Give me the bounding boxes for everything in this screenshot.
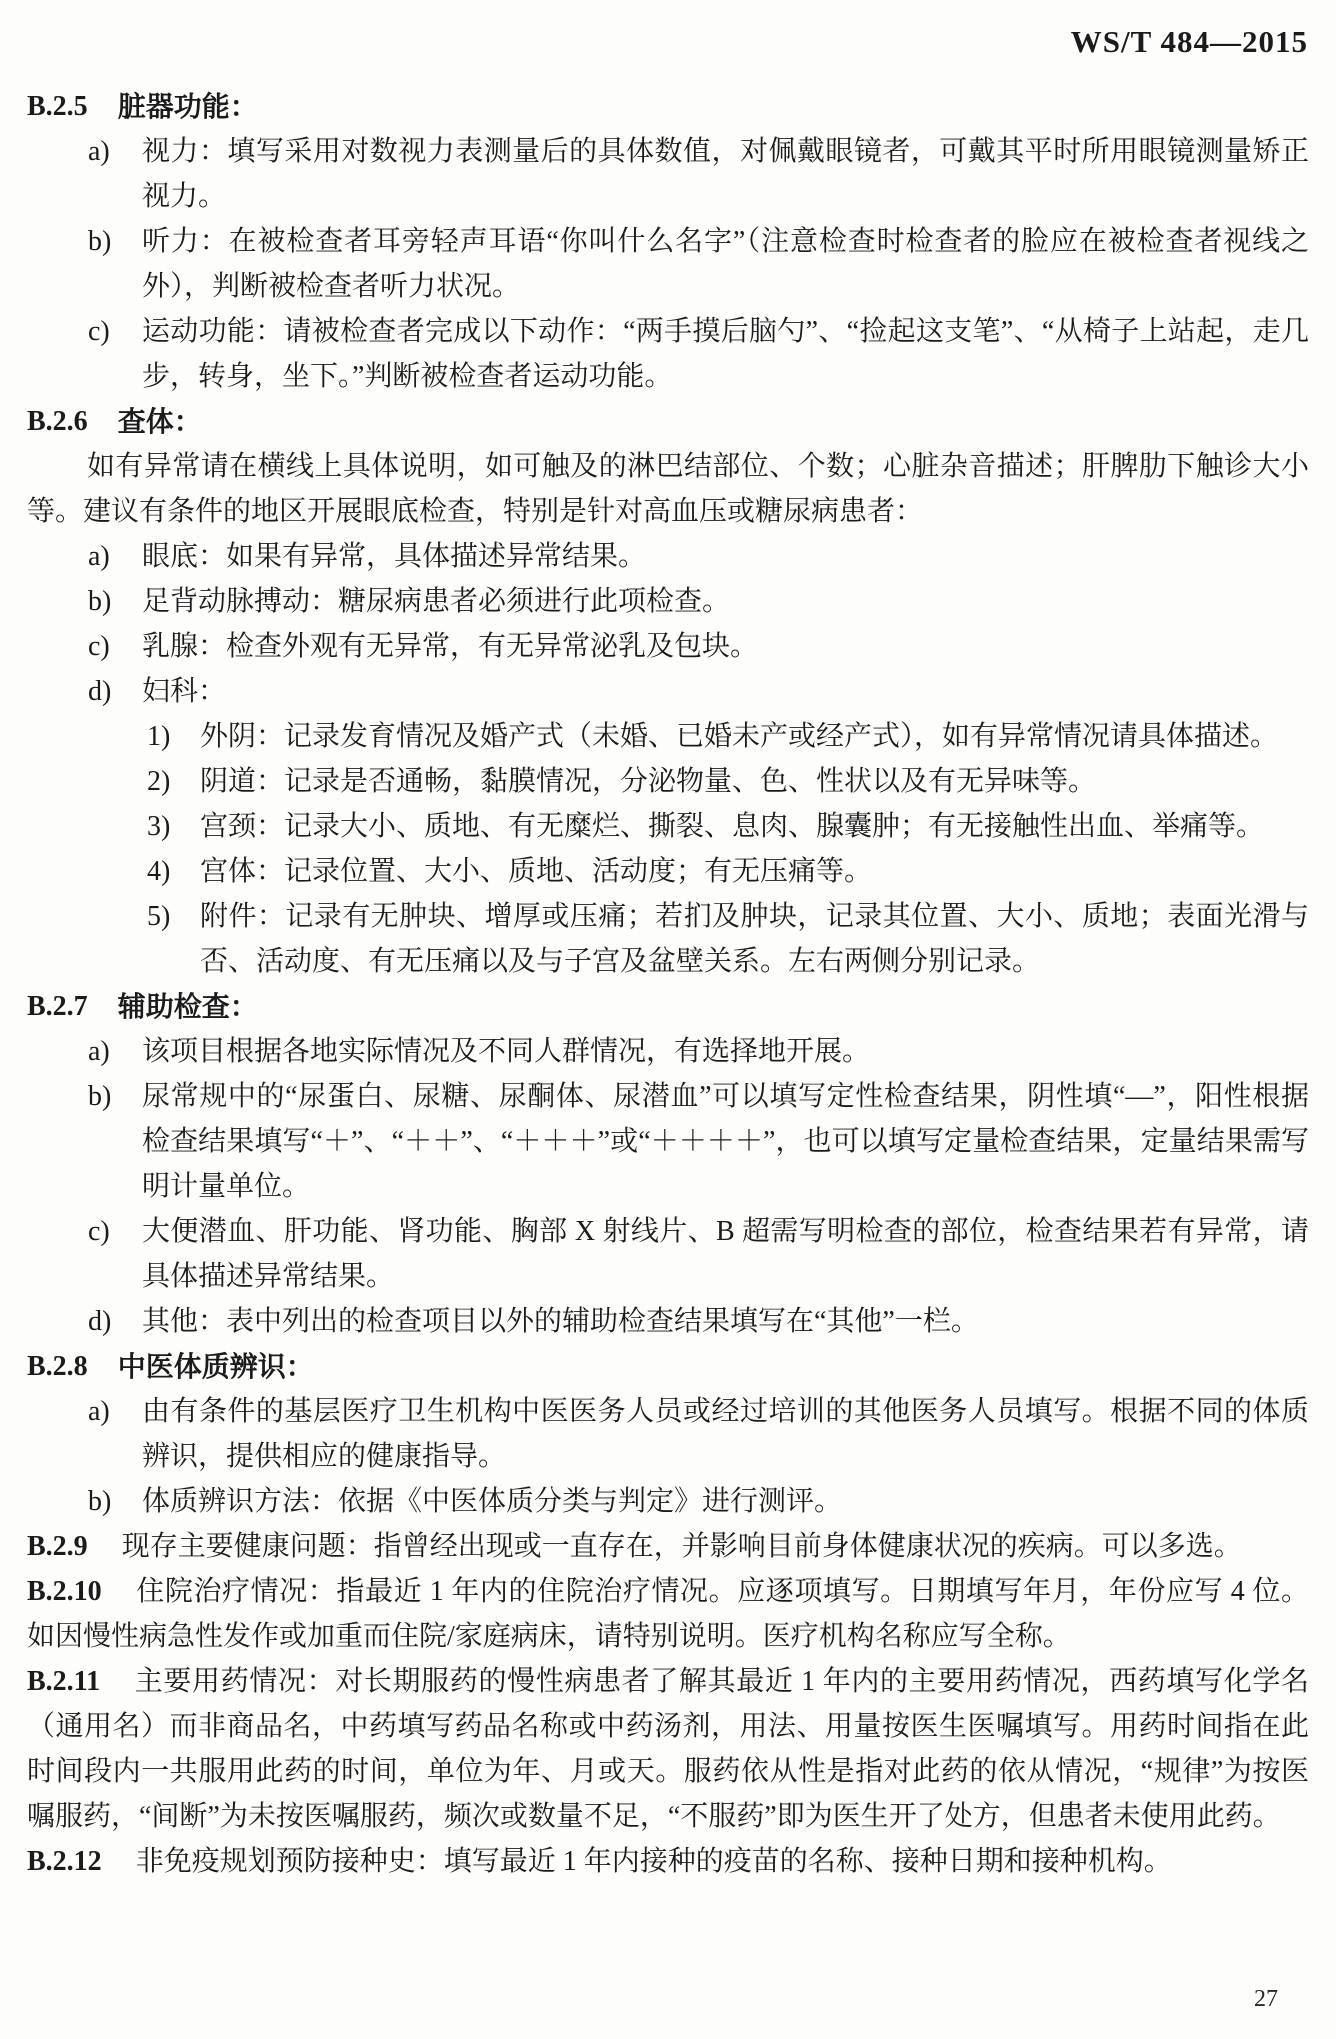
list-item: c) 大便潜血、肝功能、肾功能、胸部 X 射线片、B 超需写明检查的部位，检查结… — [88, 1209, 1309, 1299]
section-id: B.2.12 — [27, 1846, 102, 1877]
section-b-2-6: B.2.6 查体： 如有异常请在横线上具体说明，如可触及的淋巴结部位、个数；心脏… — [27, 399, 1309, 984]
item-label: c) — [88, 309, 142, 399]
list-item: a) 由有条件的基层医疗卫生机构中医医务人员或经过培训的其他医务人员填写。根据不… — [88, 1389, 1309, 1479]
subitem-label: 1) — [147, 714, 200, 759]
item-text: 听力：在被检查者耳旁轻声耳语“你叫什么名字”（注意检查时检查者的脸应在被检查者视… — [142, 219, 1309, 309]
list-item: c) 乳腺：检查外观有无异常，有无异常泌乳及包块。 — [88, 624, 1309, 669]
document-page: WS/T 484—2015 B.2.5 脏器功能： a) 视力：填写采用对数视力… — [0, 0, 1336, 2039]
item-label: a) — [88, 129, 142, 219]
list-item: a) 该项目根据各地实际情况及不同人群情况，有选择地开展。 — [88, 1029, 1309, 1074]
section-title: 脏器功能： — [118, 84, 258, 129]
section-title: 中医体质辨识： — [118, 1344, 314, 1389]
item-label: d) — [88, 669, 142, 714]
sub-list-item: 1) 外阴：记录发育情况及婚产式（未婚、已婚未产或经产式），如有异常情况请具体描… — [147, 714, 1309, 759]
subitem-text: 宫颈：记录大小、质地、有无糜烂、撕裂、息肉、腺囊肿；有无接触性出血、举痛等。 — [200, 804, 1309, 849]
item-text: 乳腺：检查外观有无异常，有无异常泌乳及包块。 — [142, 624, 1309, 669]
list-item: d) 其他：表中列出的检查项目以外的辅助检查结果填写在“其他”一栏。 — [88, 1299, 1309, 1344]
doc-code: WS/T 484—2015 — [1071, 24, 1308, 59]
item-text: 尿常规中的“尿蛋白、尿糖、尿酮体、尿潜血”可以填写定性检查结果，阴性填“—”，阳… — [142, 1074, 1309, 1209]
subitem-label: 2) — [147, 759, 200, 804]
section-heading: B.2.8 中医体质辨识： — [27, 1344, 1309, 1389]
section-text: 非免疫规划预防接种史：填写最近 1 年内接种的疫苗的名称、接种日期和接种机构。 — [136, 1846, 1172, 1877]
item-label: a) — [88, 1389, 142, 1479]
list-item: a) 眼底：如果有异常，具体描述异常结果。 — [88, 534, 1309, 579]
section-id: B.2.6 — [27, 399, 88, 444]
subitem-text: 附件：记录有无肿块、增厚或压痛；若扪及肿块，记录其位置、大小、质地；表面光滑与否… — [200, 894, 1309, 984]
item-text: 其他：表中列出的检查项目以外的辅助检查结果填写在“其他”一栏。 — [142, 1299, 1309, 1344]
section-b-2-8: B.2.8 中医体质辨识： a) 由有条件的基层医疗卫生机构中医医务人员或经过培… — [27, 1344, 1309, 1524]
doc-header: WS/T 484—2015 — [1071, 24, 1308, 60]
item-label: c) — [88, 624, 142, 669]
sub-list-item: 2) 阴道：记录是否通畅，黏膜情况，分泌物量、色、性状以及有无异味等。 — [147, 759, 1309, 804]
item-label: b) — [88, 1479, 142, 1524]
item-label: d) — [88, 1299, 142, 1344]
page-number: 27 — [1254, 1986, 1278, 2013]
doc-body: B.2.5 脏器功能： a) 视力：填写采用对数视力表测量后的具体数值，对佩戴眼… — [27, 84, 1309, 1884]
section-id: B.2.10 — [27, 1576, 102, 1607]
section-title: 查体： — [118, 399, 202, 444]
subitem-text: 外阴：记录发育情况及婚产式（未婚、已婚未产或经产式），如有异常情况请具体描述。 — [200, 714, 1309, 759]
section-title: 辅助检查： — [118, 984, 258, 1029]
section-id: B.2.9 — [27, 1531, 88, 1562]
section-b-2-11: B.2.11主要用药情况：对长期服药的慢性病患者了解其最近 1 年内的主要用药情… — [27, 1659, 1309, 1839]
section-heading: B.2.6 查体： — [27, 399, 1309, 444]
list-item: b) 足背动脉搏动：糖尿病患者必须进行此项检查。 — [88, 579, 1309, 624]
item-text: 大便潜血、肝功能、肾功能、胸部 X 射线片、B 超需写明检查的部位，检查结果若有… — [142, 1209, 1309, 1299]
list-item: b) 体质辨识方法：依据《中医体质分类与判定》进行测评。 — [88, 1479, 1309, 1524]
subitem-label: 5) — [147, 894, 200, 984]
item-text: 体质辨识方法：依据《中医体质分类与判定》进行测评。 — [142, 1479, 1309, 1524]
item-label: b) — [88, 219, 142, 309]
section-id: B.2.11 — [27, 1666, 100, 1697]
section-text: 主要用药情况：对长期服药的慢性病患者了解其最近 1 年内的主要用药情况，西药填写… — [27, 1666, 1309, 1832]
section-id: B.2.5 — [27, 84, 88, 129]
item-label: c) — [88, 1209, 142, 1299]
item-text: 足背动脉搏动：糖尿病患者必须进行此项检查。 — [142, 579, 1309, 624]
subitem-label: 4) — [147, 849, 200, 894]
list-item: c) 运动功能：请被检查者完成以下动作：“两手摸后脑勺”、“捡起这支笔”、“从椅… — [88, 309, 1309, 399]
list-item: d) 妇科： — [88, 669, 1309, 714]
item-text: 由有条件的基层医疗卫生机构中医医务人员或经过培训的其他医务人员填写。根据不同的体… — [142, 1389, 1309, 1479]
sub-list-item: 4) 宫体：记录位置、大小、质地、活动度；有无压痛等。 — [147, 849, 1309, 894]
section-b-2-10: B.2.10住院治疗情况：指最近 1 年内的住院治疗情况。应逐项填写。日期填写年… — [27, 1569, 1309, 1659]
item-text: 眼底：如果有异常，具体描述异常结果。 — [142, 534, 1309, 579]
section-b-2-12: B.2.12非免疫规划预防接种史：填写最近 1 年内接种的疫苗的名称、接种日期和… — [27, 1839, 1309, 1884]
sub-list-item: 3) 宫颈：记录大小、质地、有无糜烂、撕裂、息肉、腺囊肿；有无接触性出血、举痛等… — [147, 804, 1309, 849]
section-b-2-7: B.2.7 辅助检查： a) 该项目根据各地实际情况及不同人群情况，有选择地开展… — [27, 984, 1309, 1344]
section-text: 现存主要健康问题：指曾经出现或一直存在，并影响目前身体健康状况的疾病。可以多选。 — [122, 1531, 1242, 1562]
item-text: 视力：填写采用对数视力表测量后的具体数值，对佩戴眼镜者，可戴其平时所用眼镜测量矫… — [142, 129, 1309, 219]
list-item: a) 视力：填写采用对数视力表测量后的具体数值，对佩戴眼镜者，可戴其平时所用眼镜… — [88, 129, 1309, 219]
section-heading: B.2.7 辅助检查： — [27, 984, 1309, 1029]
section-id: B.2.7 — [27, 984, 88, 1029]
list-item: b) 听力：在被检查者耳旁轻声耳语“你叫什么名字”（注意检查时检查者的脸应在被检… — [88, 219, 1309, 309]
item-label: a) — [88, 534, 142, 579]
section-b-2-5: B.2.5 脏器功能： a) 视力：填写采用对数视力表测量后的具体数值，对佩戴眼… — [27, 84, 1309, 399]
item-label: b) — [88, 579, 142, 624]
section-intro: 如有异常请在横线上具体说明，如可触及的淋巴结部位、个数；心脏杂音描述；肝脾肋下触… — [27, 444, 1309, 534]
section-b-2-9: B.2.9现存主要健康问题：指曾经出现或一直存在，并影响目前身体健康状况的疾病。… — [27, 1524, 1309, 1569]
sub-list-item: 5) 附件：记录有无肿块、增厚或压痛；若扪及肿块，记录其位置、大小、质地；表面光… — [147, 894, 1309, 984]
subitem-label: 3) — [147, 804, 200, 849]
item-label: b) — [88, 1074, 142, 1209]
subitem-text: 阴道：记录是否通畅，黏膜情况，分泌物量、色、性状以及有无异味等。 — [200, 759, 1309, 804]
item-text: 该项目根据各地实际情况及不同人群情况，有选择地开展。 — [142, 1029, 1309, 1074]
section-heading: B.2.5 脏器功能： — [27, 84, 1309, 129]
item-text: 运动功能：请被检查者完成以下动作：“两手摸后脑勺”、“捡起这支笔”、“从椅子上站… — [142, 309, 1309, 399]
list-item: b) 尿常规中的“尿蛋白、尿糖、尿酮体、尿潜血”可以填写定性检查结果，阴性填“—… — [88, 1074, 1309, 1209]
section-id: B.2.8 — [27, 1344, 88, 1389]
item-label: a) — [88, 1029, 142, 1074]
subitem-text: 宫体：记录位置、大小、质地、活动度；有无压痛等。 — [200, 849, 1309, 894]
section-text: 住院治疗情况：指最近 1 年内的住院治疗情况。应逐项填写。日期填写年月，年份应写… — [27, 1576, 1309, 1652]
item-text: 妇科： — [142, 669, 1309, 714]
